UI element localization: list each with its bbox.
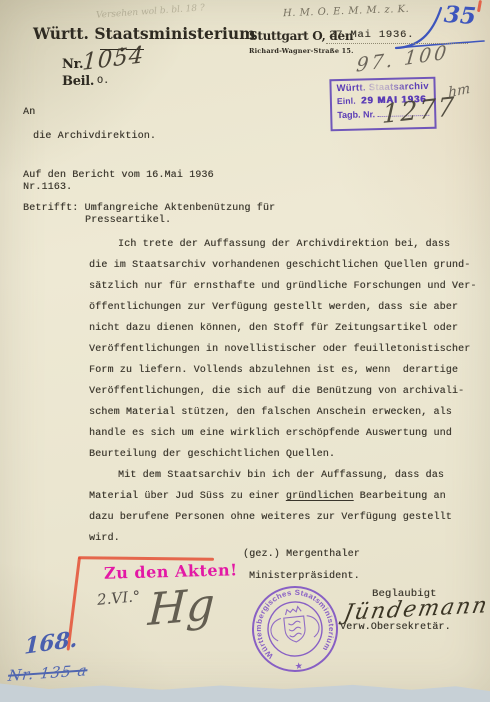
letterhead-title: Württ. Staatsministerium: [33, 24, 256, 43]
body-line: sätzlich nur für ernsthafte und gründlic…: [89, 276, 477, 297]
body-line: Veröffentlichungen in novellistischer od…: [89, 339, 477, 360]
archive-stamp-title: Württ. Staatsarchiv: [336, 81, 429, 94]
body-line: dazu berufene Personen ohne weiteres zur…: [89, 507, 477, 528]
body-line: Form zu liefern. Vollends abzulehnen ist…: [89, 360, 477, 381]
body-line: Ich trete der Auffassung der Archivdirek…: [89, 234, 477, 255]
beil-value: O.: [97, 76, 109, 87]
signer-title: Ministerpräsident.: [249, 571, 360, 582]
body-line: Beurteilung der geschichtlichen Quellen.: [89, 444, 477, 465]
nr-label: Nr.: [62, 57, 83, 72]
blue-corner-number: 35: [443, 1, 477, 30]
einl-label: Einl.: [337, 96, 356, 106]
body-line-pre: Material über Jud Süss zu einer: [89, 491, 286, 502]
subject-line-2: Presseartikel.: [85, 215, 171, 226]
recipient-salutation: An: [23, 107, 35, 118]
pencil-disposal-date: 2.VI.°: [96, 587, 141, 609]
seal-star: ★: [294, 660, 303, 671]
body-line: wird.: [89, 528, 477, 549]
body-line: handle es sich um eine wirklich erschöpf…: [89, 423, 477, 444]
dateline-date: 27.Mai 1936.: [329, 29, 414, 41]
signed-by-typed: (gez.) Mergenthaler: [243, 549, 360, 560]
body-line: nicht dazu dienen können, den Stoff für …: [89, 318, 477, 339]
beil-label: Beil.: [62, 74, 94, 89]
body-line: Mit dem Staatsarchiv bin ich der Auffass…: [89, 465, 477, 486]
reference-line-1: Auf den Bericht vom 16.Mai 1936: [23, 170, 214, 181]
tagb-label: Tagb. Nr.: [337, 109, 375, 120]
seal-coat-of-arms: [269, 605, 321, 645]
recipient-name: die Archivdirektion.: [33, 131, 156, 142]
body-line: öffentlichungen zur Verfügung gestellt w…: [89, 297, 477, 318]
body-line: schem Material stützen, den falschen Ans…: [89, 402, 477, 423]
zu-den-akten-stamp: Zu den Akten!: [104, 560, 238, 582]
subject-line-1: Betrifft: Umfangreiche Aktenbenützung fü…: [23, 203, 275, 214]
signer-role: Verw.Obersekretär.: [340, 622, 451, 633]
reference-line-2: Nr.1163.: [23, 182, 72, 193]
body-line: Veröffentlichungen, die sich auf die Ben…: [89, 381, 477, 402]
body-line: die im Staatsarchiv vorhandenen geschich…: [89, 255, 477, 276]
body-line-post: Bearbeitung an: [354, 491, 446, 502]
scanned-letter-page: { "colors": { "paper": "#ebe6d0", "scan_…: [0, 0, 490, 702]
underlined-word: gründlichen: [286, 491, 354, 502]
letter-body: Ich trete der Auffassung der Archivdirek…: [89, 234, 477, 549]
dateline-street: Richard-Wagner-Straße 15.: [249, 47, 354, 55]
pencil-monogram: Hg: [147, 579, 216, 636]
body-line-with-underline: Material über Jud Süss zu einer gründlic…: [89, 486, 477, 507]
ministry-seal-stamp: Württembergisches Staatsministerium ★: [244, 578, 345, 679]
